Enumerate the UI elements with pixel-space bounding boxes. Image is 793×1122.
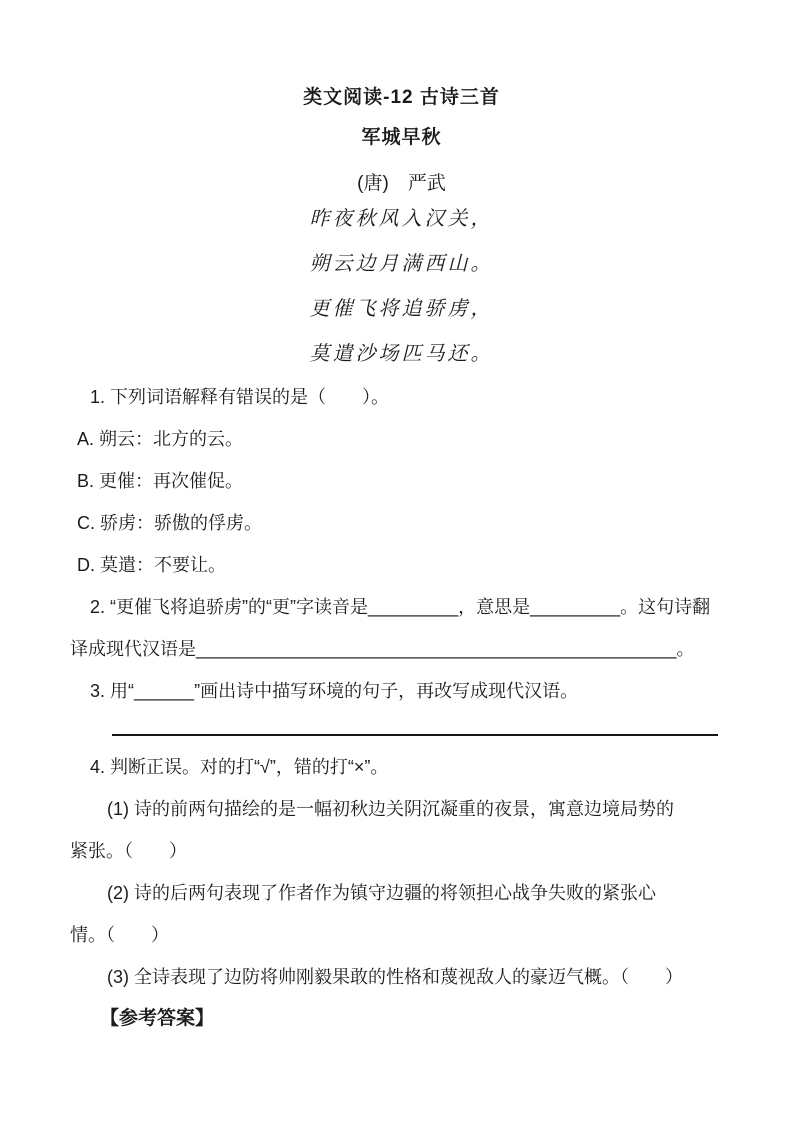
question-1-option-c: C. 骄虏：骄傲的俘虏。	[70, 502, 733, 544]
question-4-item-2-line-2: 情。（ ）	[70, 914, 733, 956]
poem-line-1: 昨夜秋风入汉关，	[70, 196, 733, 241]
question-1-prompt: 1. 下列词语解释有错误的是（ ）。	[70, 376, 733, 418]
section-divider	[112, 734, 718, 736]
poem-title: 军城早秋	[70, 126, 733, 150]
question-4-item-1-line-1: (1) 诗的前两句描绘的是一幅初秋边关阴沉凝重的夜景，寓意边境局势的	[70, 788, 733, 830]
worksheet-content: 类文阅读-12 古诗三首 军城早秋 (唐) 严武 昨夜秋风入汉关， 朔云边月满西…	[0, 0, 793, 1040]
question-4-item-1-line-2: 紧张。（ ）	[70, 830, 733, 872]
poem-line-3: 更催飞将追骄虏，	[70, 286, 733, 331]
question-1-option-d: D. 莫遣：不要让。	[70, 544, 733, 586]
question-4-item-2-line-1: (2) 诗的后两句表现了作者作为镇守边疆的将领担心战争失败的紧张心	[70, 872, 733, 914]
question-3-prompt: 3. 用“______”画出诗中描写环境的句子，再改写成现代汉语。	[70, 670, 733, 712]
question-2-line-1: 2. “更催飞将追骄虏”的“更”字读音是_________，意思是_______…	[70, 586, 733, 628]
reference-answers-heading: 【参考答案】	[70, 998, 733, 1040]
question-2-line-2: 译成现代汉语是_________________________________…	[70, 628, 733, 670]
question-4-prompt: 4. 判断正误。对的打“√”，错的打“×”。	[70, 746, 733, 788]
question-1-option-a: A. 朔云：北方的云。	[70, 418, 733, 460]
poem-body: 昨夜秋风入汉关， 朔云边月满西山。 更催飞将追骄虏， 莫遣沙场匹马还。	[70, 196, 733, 376]
worksheet-page: 类文阅读-12 古诗三首 军城早秋 (唐) 严武 昨夜秋风入汉关， 朔云边月满西…	[0, 0, 793, 1122]
question-1-option-b: B. 更催：再次催促。	[70, 460, 733, 502]
poem-line-2: 朔云边月满西山。	[70, 241, 733, 286]
poem-author: (唐) 严武	[70, 172, 733, 196]
document-title: 类文阅读-12 古诗三首	[70, 86, 733, 110]
poem-line-4: 莫遣沙场匹马还。	[70, 331, 733, 376]
question-4-item-3: (3) 全诗表现了边防将帅刚毅果敢的性格和蔑视敌人的豪迈气概。（ ）	[70, 956, 733, 998]
